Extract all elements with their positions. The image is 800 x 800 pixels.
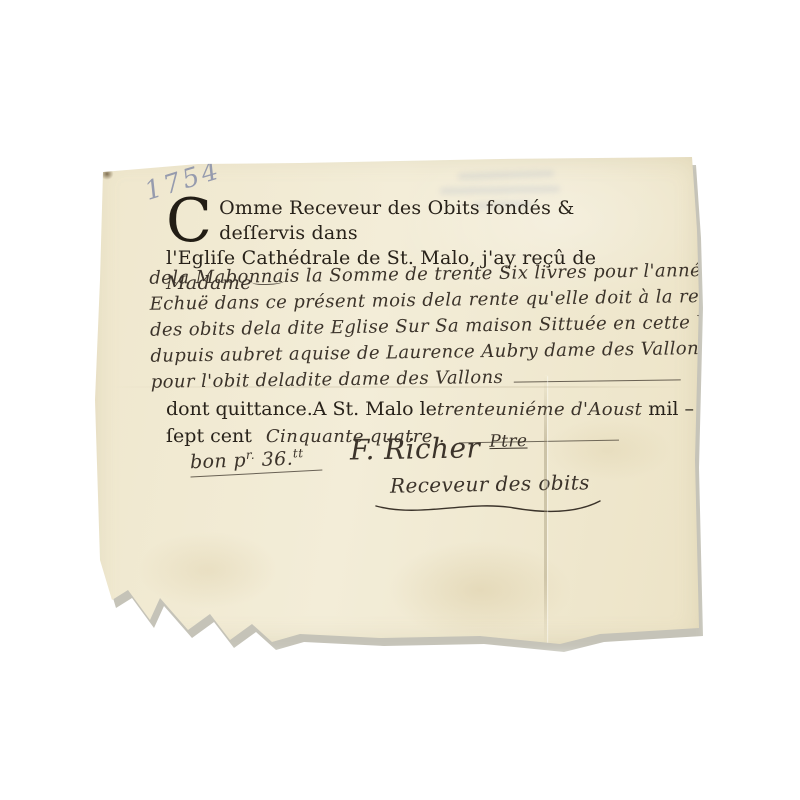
signature-suffix: Ptre [489, 431, 527, 452]
handwritten-date-day: trenteuniéme d'Aoust [437, 397, 642, 423]
signature-flourish [374, 498, 604, 518]
amount-note: bon pr. 36.tt [190, 446, 323, 477]
amount-note-unit: tt [293, 446, 304, 460]
printed-header-line1: Omme Receveur des Obits fondés & deſſerv… [219, 197, 574, 244]
signature: F. Richer Ptre [350, 430, 528, 466]
amount-note-prefix: bon p [190, 450, 247, 474]
ink-rule-blank-fill [513, 379, 680, 382]
signature-name: F. Richer [350, 431, 490, 466]
amount-note-value: 36. [255, 448, 294, 471]
place-date-label: A St. Malo le [313, 396, 437, 422]
handwritten-body: dela Mabonnais la Somme de trente Six li… [149, 258, 687, 395]
dont-quittance-label: dont quittance. [166, 396, 313, 422]
photo-stage: 1754 C Omme Receveur des Obits fondés & … [0, 0, 800, 800]
signature-title: Receveur des obits [390, 470, 590, 497]
horizontal-fold-crease [108, 386, 683, 388]
drop-cap-initial: C [166, 196, 219, 244]
body-line-text: pour l'obit deladite dame des Vallons [151, 365, 504, 396]
quittance-line1: dont quittance. A St. Malo le trenteunié… [166, 396, 686, 423]
receipt-paper: 1754 C Omme Receveur des Obits fondés & … [88, 150, 706, 648]
mil-label: mil – [648, 396, 694, 422]
vertical-fold-crease [544, 376, 547, 644]
sept-cent-label: ſept cent [166, 423, 252, 449]
